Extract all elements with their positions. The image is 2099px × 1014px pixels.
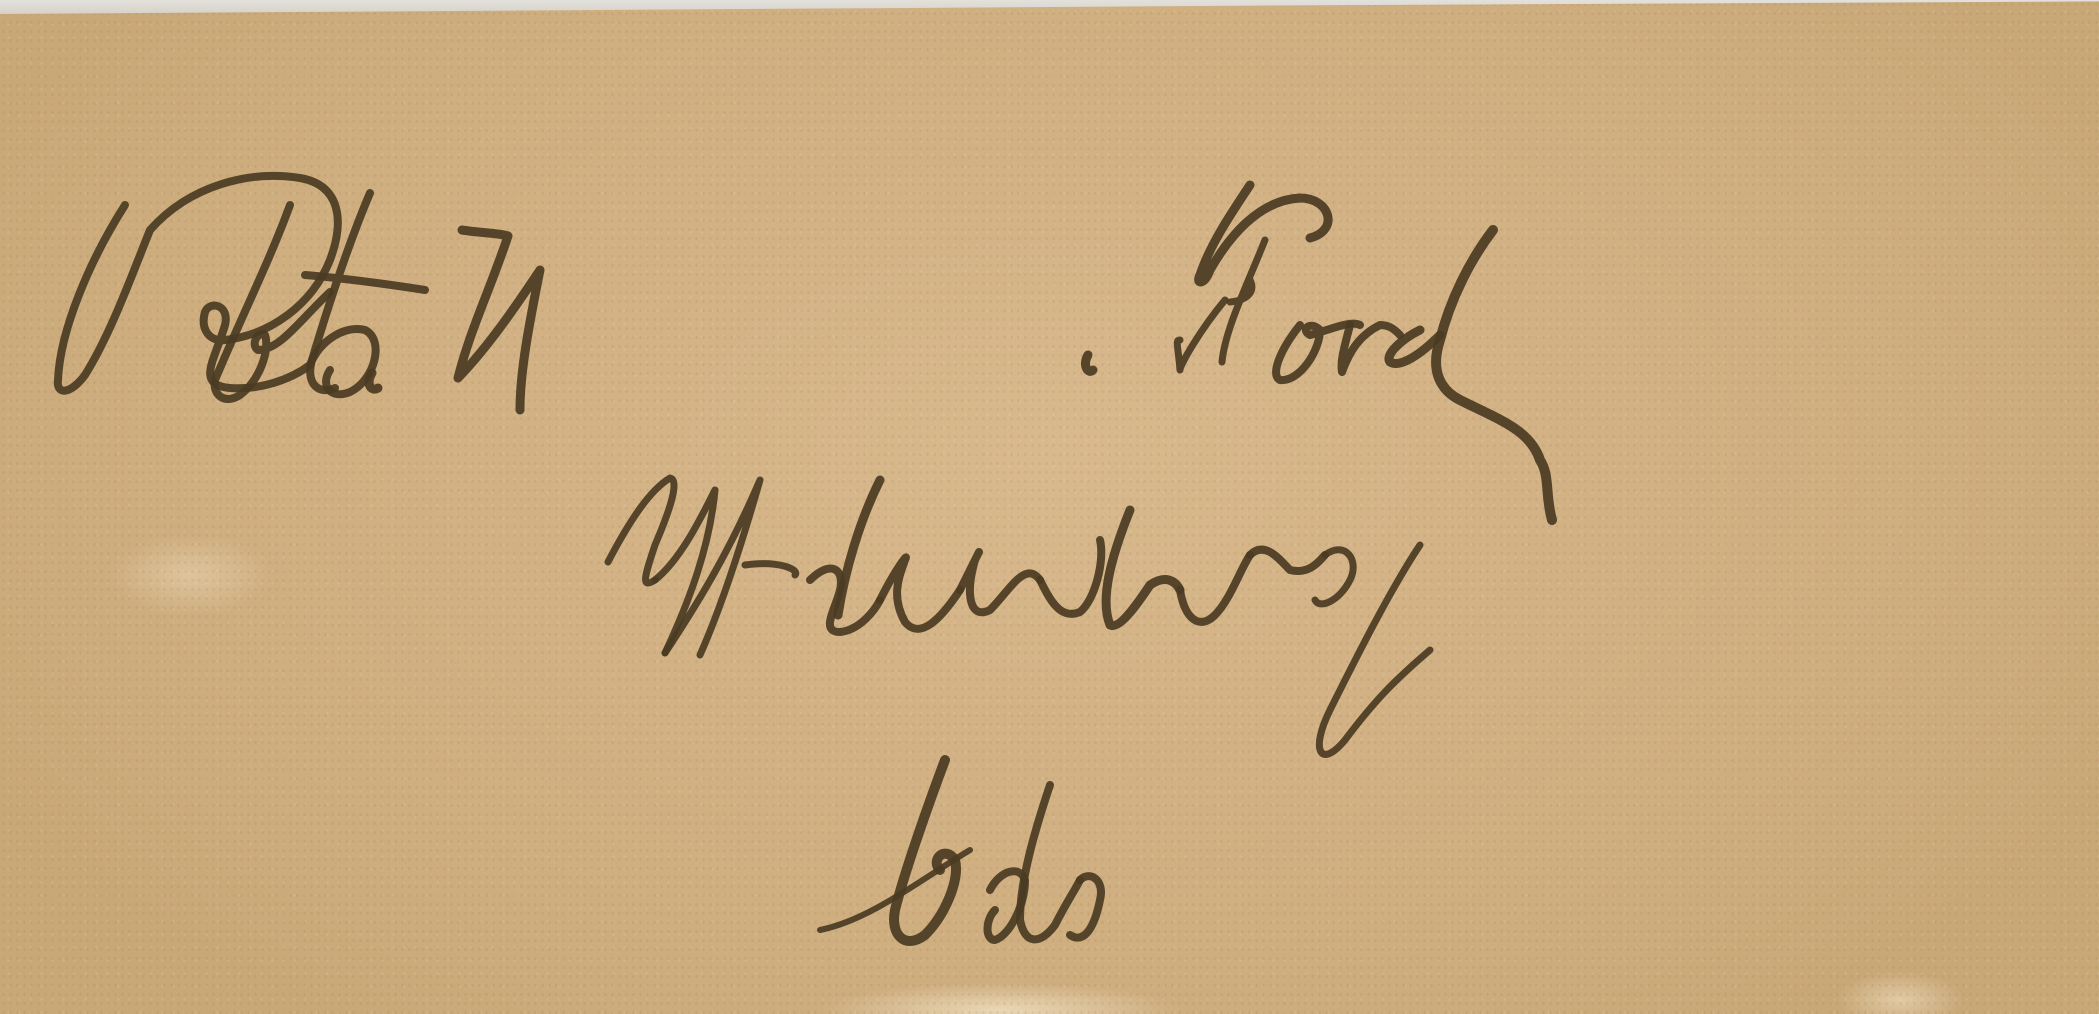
signature-name-line [58, 176, 1552, 520]
handwriting-ink [0, 0, 2099, 1014]
signature-state-line [820, 760, 1101, 941]
signature-town-line [608, 478, 1430, 754]
